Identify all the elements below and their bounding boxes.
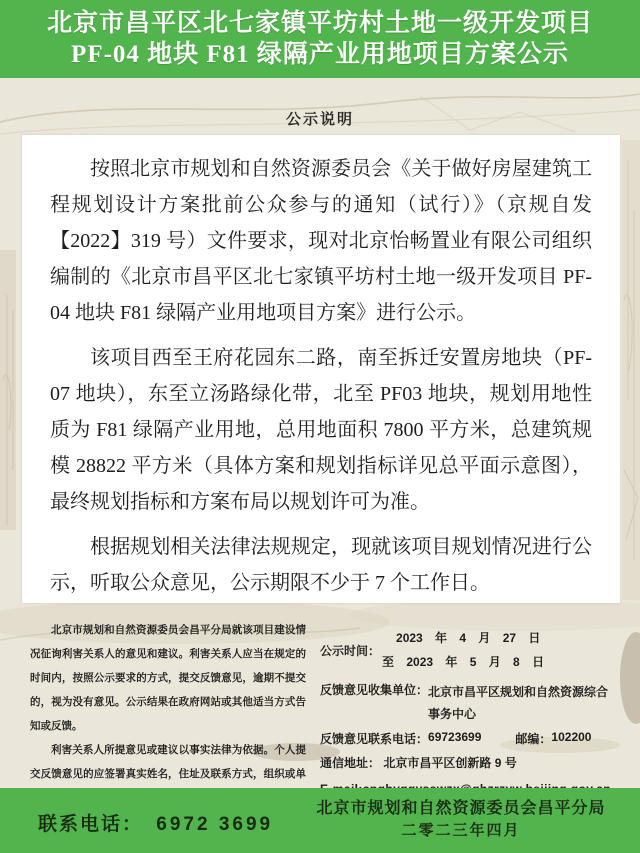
publicity-period-label: 公示时间： xyxy=(320,642,380,659)
postal-code-label: 邮编： xyxy=(515,730,551,747)
publicity-period-row: 公示时间： 2023 年 4 月 27 日 至 2023 年 5 月 8 日 xyxy=(320,626,622,674)
public-notice-poster: 北京市昌平区北七家镇平坊村土地一级开发项目 PF-04 地块 F81 绿隔产业用… xyxy=(0,0,640,853)
notice-paragraph-2: 该项目西至王府花园东二路，南至拆迁安置房地块（PF-07 地块），东至立汤路绿化… xyxy=(50,340,592,520)
section-label: 公示说明 xyxy=(0,108,640,129)
feedback-phone-value: 69723699 xyxy=(428,730,481,744)
title-line-1: 北京市昌平区北七家镇平坊村土地一级开发项目 xyxy=(0,8,640,39)
notice-title-banner: 北京市昌平区北七家镇平坊村土地一级开发项目 PF-04 地块 F81 绿隔产业用… xyxy=(0,0,640,78)
mailing-address-label: 通信地址： xyxy=(320,756,380,770)
mailing-address-value: 北京市昌平区创新路 9 号 xyxy=(383,756,516,770)
footer-issuer: 北京市规划和自然资源委员会昌平分局 二零二三年四月 xyxy=(296,797,626,842)
footer-bar: 联系电话： 6972 3699 北京市规划和自然资源委员会昌平分局 二零二三年四… xyxy=(0,788,640,853)
notice-details: 公示时间： 2023 年 4 月 27 日 至 2023 年 5 月 8 日 反… xyxy=(320,626,622,800)
feedback-paragraph-1: 北京市规划和自然资源委员会昌平分局就该项目建设情况征询利害关系人的意见和建议。利… xyxy=(30,618,306,738)
feedback-unit-row: 反馈意见收集单位： 北京市昌平区规划和自然资源综合 事务中心 xyxy=(320,681,622,725)
feedback-unit-label: 反馈意见收集单位： xyxy=(320,681,428,698)
contact-phone-value: 6972 3699 xyxy=(156,814,273,835)
publicity-end-date: 至 2023 年 5 月 8 日 xyxy=(380,650,622,674)
title-line-2: PF-04 地块 F81 绿隔产业用地项目方案公示 xyxy=(0,39,640,70)
footer-contact: 联系电话： 6972 3699 xyxy=(38,809,273,836)
feedback-notes: 北京市规划和自然资源委员会昌平分局就该项目建设情况征询利害关系人的意见和建议。利… xyxy=(30,618,306,810)
issue-date: 二零二三年四月 xyxy=(296,820,626,842)
feedback-unit-value-line-2: 事务中心 xyxy=(428,703,608,725)
notice-paragraph-1: 按照北京市规划和自然资源委员会《关于做好房屋建筑工程规划设计方案批前公众参与的通… xyxy=(50,151,592,331)
notice-paragraph-3: 根据规划相关法律法规规定，现就该项目规划情况进行公示，听取公众意见，公示期限不少… xyxy=(50,529,592,601)
postal-code-value: 102200 xyxy=(551,730,591,744)
feedback-unit-value-line-1: 北京市昌平区规划和自然资源综合 xyxy=(428,681,608,703)
issuer-name: 北京市规划和自然资源委员会昌平分局 xyxy=(296,797,626,820)
contact-phone-label: 联系电话： xyxy=(38,814,143,835)
notice-panel: 按照北京市规划和自然资源委员会《关于做好房屋建筑工程规划设计方案批前公众参与的通… xyxy=(22,135,620,603)
mailing-address-row: 通信地址： 北京市昌平区创新路 9 号 xyxy=(320,752,622,774)
feedback-phone-row: 反馈意见联系电话： 69723699 邮编： 102200 xyxy=(320,730,622,747)
feedback-phone-label: 反馈意见联系电话： xyxy=(320,730,428,747)
publicity-start-date: 2023 年 4 月 27 日 xyxy=(380,626,622,650)
